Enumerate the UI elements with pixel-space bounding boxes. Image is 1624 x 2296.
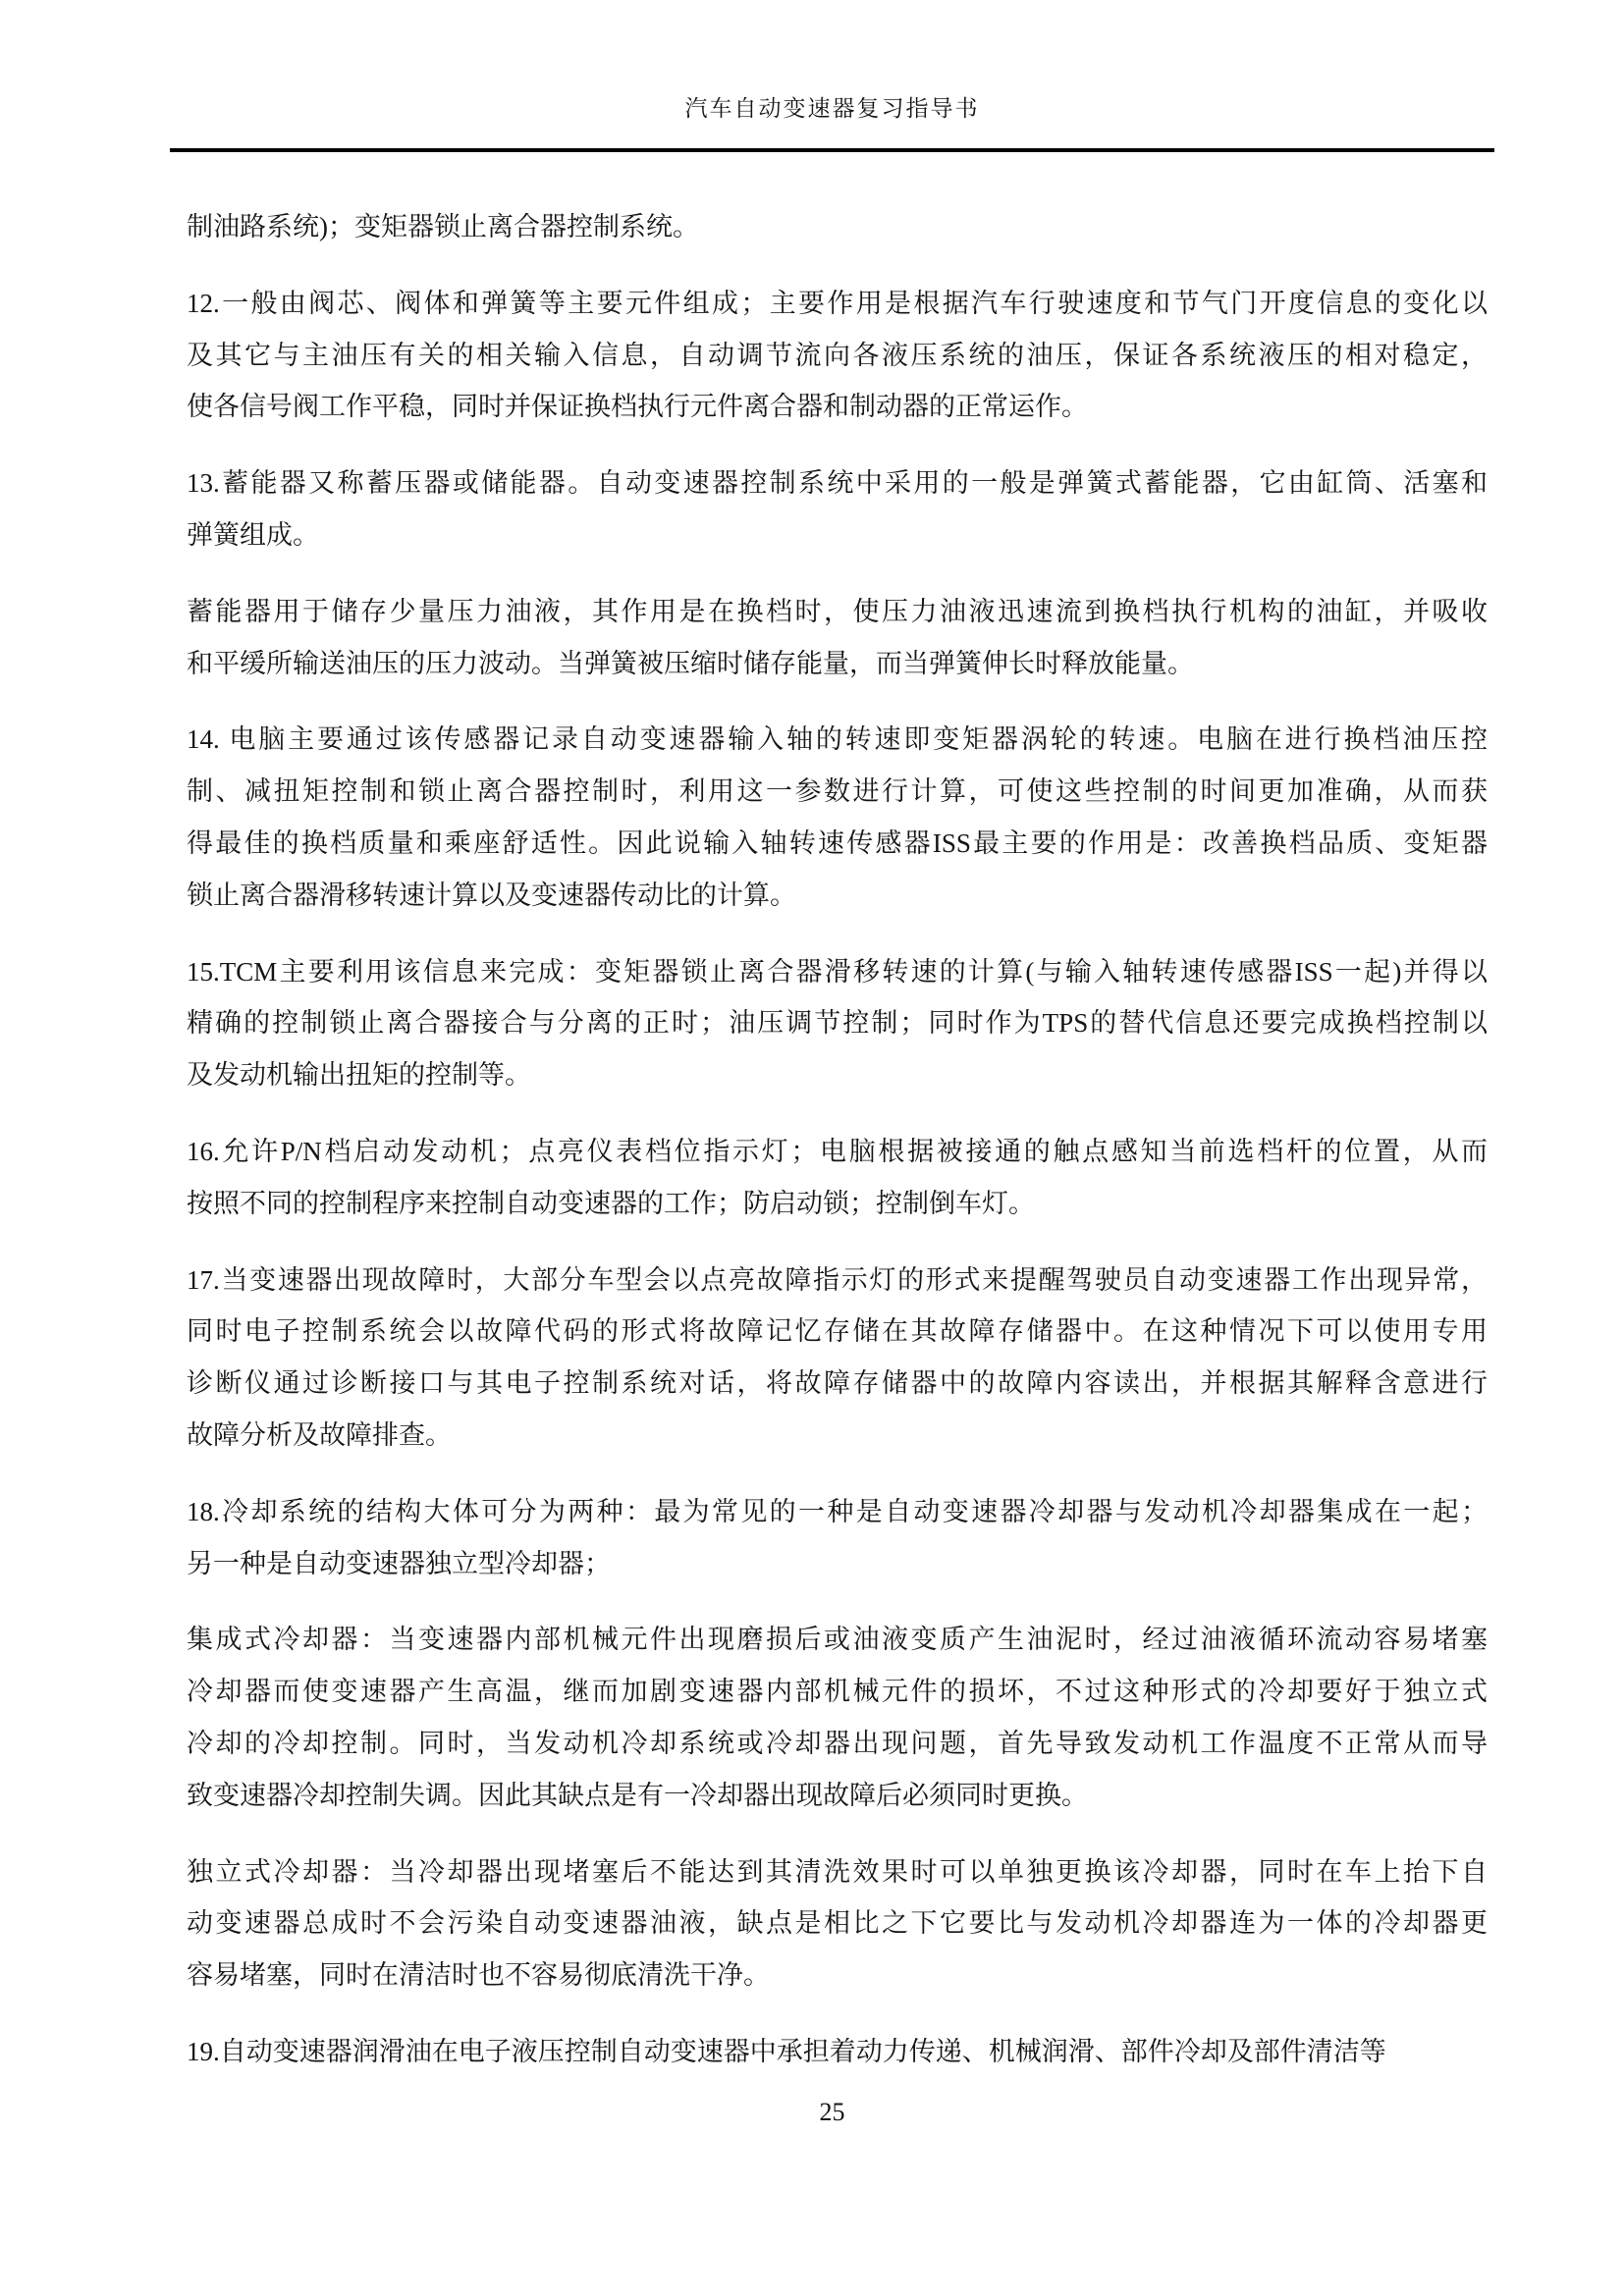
paragraph-line: 制油路系统)；变矩器锁止离合器控制系统。 xyxy=(187,201,1488,253)
paragraph-line: 制、减扭矩控制和锁止离合器控制时，利用这一参数进行计算，可使这些控制的时间更加准… xyxy=(187,766,1488,818)
page-number: 25 xyxy=(170,2097,1494,2128)
paragraph: 集成式冷却器：当变速器内部机械元件出现磨损后或油液变质产生油泥时，经过油液循环流… xyxy=(187,1614,1488,1821)
paragraph-line: 及发动机输出扭矩的控制等。 xyxy=(187,1049,1488,1101)
paragraph-line: 15.TCM主要利用该信息来完成：变矩器锁止离合器滑移转速的计算(与输入轴转速传… xyxy=(187,946,1488,998)
paragraph-line: 同时电子控制系统会以故障代码的形式将故障记忆存储在其故障存储器中。在这种情况下可… xyxy=(187,1306,1488,1358)
paragraph: 蓄能器用于储存少量压力油液，其作用是在换档时，使压力油液迅速流到换档执行机构的油… xyxy=(187,586,1488,690)
header-rule xyxy=(170,148,1494,152)
paragraph-line: 12.一般由阀芯、阀体和弹簧等主要元件组成；主要作用是根据汽车行驶速度和节气门开… xyxy=(187,278,1488,330)
paragraph-line: 动变速器总成时不会污染自动变速器油液，缺点是相比之下它要比与发动机冷却器连为一体… xyxy=(187,1897,1488,1949)
document-body: 制油路系统)；变矩器锁止离合器控制系统。12.一般由阀芯、阀体和弹簧等主要元件组… xyxy=(187,201,1488,2103)
paragraph-line: 19.自动变速器润滑油在电子液压控制自动变速器中承担着动力传递、机械润滑、部件冷… xyxy=(187,2026,1488,2078)
paragraph-line: 精确的控制锁止离合器接合与分离的正时；油压调节控制；同时作为TPS的替代信息还要… xyxy=(187,997,1488,1049)
paragraph: 15.TCM主要利用该信息来完成：变矩器锁止离合器滑移转速的计算(与输入轴转速传… xyxy=(187,946,1488,1101)
paragraph: 17.当变速器出现故障时，大部分车型会以点亮故障指示灯的形式来提醒驾驶员自动变速… xyxy=(187,1255,1488,1462)
paragraph-line: 14. 电脑主要通过该传感器记录自动变速器输入轴的转速即变矩器涡轮的转速。电脑在… xyxy=(187,714,1488,766)
paragraph-line: 冷却的冷却控制。同时，当发动机冷却系统或冷却器出现问题，首先导致发动机工作温度不… xyxy=(187,1718,1488,1770)
paragraph-line: 得最佳的换档质量和乘座舒适性。因此说输入轴转速传感器ISS最主要的作用是：改善换… xyxy=(187,818,1488,870)
paragraph: 19.自动变速器润滑油在电子液压控制自动变速器中承担着动力传递、机械润滑、部件冷… xyxy=(187,2026,1488,2078)
paragraph: 14. 电脑主要通过该传感器记录自动变速器输入轴的转速即变矩器涡轮的转速。电脑在… xyxy=(187,714,1488,921)
paragraph: 12.一般由阀芯、阀体和弹簧等主要元件组成；主要作用是根据汽车行驶速度和节气门开… xyxy=(187,278,1488,433)
paragraph-line: 诊断仪通过诊断接口与其电子控制系统对话，将故障存储器中的故障内容读出，并根据其解… xyxy=(187,1358,1488,1410)
paragraph: 16.允许P/N档启动发动机；点亮仪表档位指示灯；电脑根据被接通的触点感知当前选… xyxy=(187,1126,1488,1230)
paragraph-line: 另一种是自动变速器独立型冷却器； xyxy=(187,1538,1488,1590)
paragraph-line: 蓄能器用于储存少量压力油液，其作用是在换档时，使压力油液迅速流到换档执行机构的油… xyxy=(187,586,1488,638)
paragraph-line: 17.当变速器出现故障时，大部分车型会以点亮故障指示灯的形式来提醒驾驶员自动变速… xyxy=(187,1255,1488,1307)
paragraph-line: 致变速器冷却控制失调。因此其缺点是有一冷却器出现故障后必须同时更换。 xyxy=(187,1770,1488,1822)
paragraph-line: 16.允许P/N档启动发动机；点亮仪表档位指示灯；电脑根据被接通的触点感知当前选… xyxy=(187,1126,1488,1178)
paragraph-line: 锁止离合器滑移转速计算以及变速器传动比的计算。 xyxy=(187,870,1488,922)
paragraph-line: 容易堵塞，同时在清洁时也不容易彻底清洗干净。 xyxy=(187,1949,1488,2002)
paragraph-line: 独立式冷却器：当冷却器出现堵塞后不能达到其清洗效果时可以单独更换该冷却器，同时在… xyxy=(187,1846,1488,1898)
paragraph: 独立式冷却器：当冷却器出现堵塞后不能达到其清洗效果时可以单独更换该冷却器，同时在… xyxy=(187,1846,1488,2002)
paragraph: 制油路系统)；变矩器锁止离合器控制系统。 xyxy=(187,201,1488,253)
paragraph: 18.冷却系统的结构大体可分为两种：最为常见的一种是自动变速器冷却器与发动机冷却… xyxy=(187,1486,1488,1590)
paragraph-line: 和平缓所输送油压的压力波动。当弹簧被压缩时储存能量，而当弹簧伸长时释放能量。 xyxy=(187,638,1488,690)
paragraph-line: 冷却器而使变速器产生高温，继而加剧变速器内部机械元件的损坏，不过这种形式的冷却要… xyxy=(187,1666,1488,1718)
paragraph-line: 及其它与主油压有关的相关输入信息，自动调节流向各液压系统的油压，保证各系统液压的… xyxy=(187,330,1488,382)
paragraph-line: 13.蓄能器又称蓄压器或储能器。自动变速器控制系统中采用的一般是弹簧式蓄能器，它… xyxy=(187,457,1488,509)
paragraph-line: 集成式冷却器：当变速器内部机械元件出现磨损后或油液变质产生油泥时，经过油液循环流… xyxy=(187,1614,1488,1666)
paragraph-line: 按照不同的控制程序来控制自动变速器的工作；防启动锁；控制倒车灯。 xyxy=(187,1178,1488,1230)
page-title: 汽车自动变速器复习指导书 xyxy=(170,94,1494,124)
paragraph-line: 故障分析及故障排查。 xyxy=(187,1410,1488,1462)
paragraph-line: 18.冷却系统的结构大体可分为两种：最为常见的一种是自动变速器冷却器与发动机冷却… xyxy=(187,1486,1488,1538)
paragraph: 13.蓄能器又称蓄压器或储能器。自动变速器控制系统中采用的一般是弹簧式蓄能器，它… xyxy=(187,457,1488,561)
paragraph-line: 弹簧组成。 xyxy=(187,509,1488,561)
paragraph-line: 使各信号阀工作平稳，同时并保证换档执行元件离合器和制动器的正常运作。 xyxy=(187,381,1488,433)
